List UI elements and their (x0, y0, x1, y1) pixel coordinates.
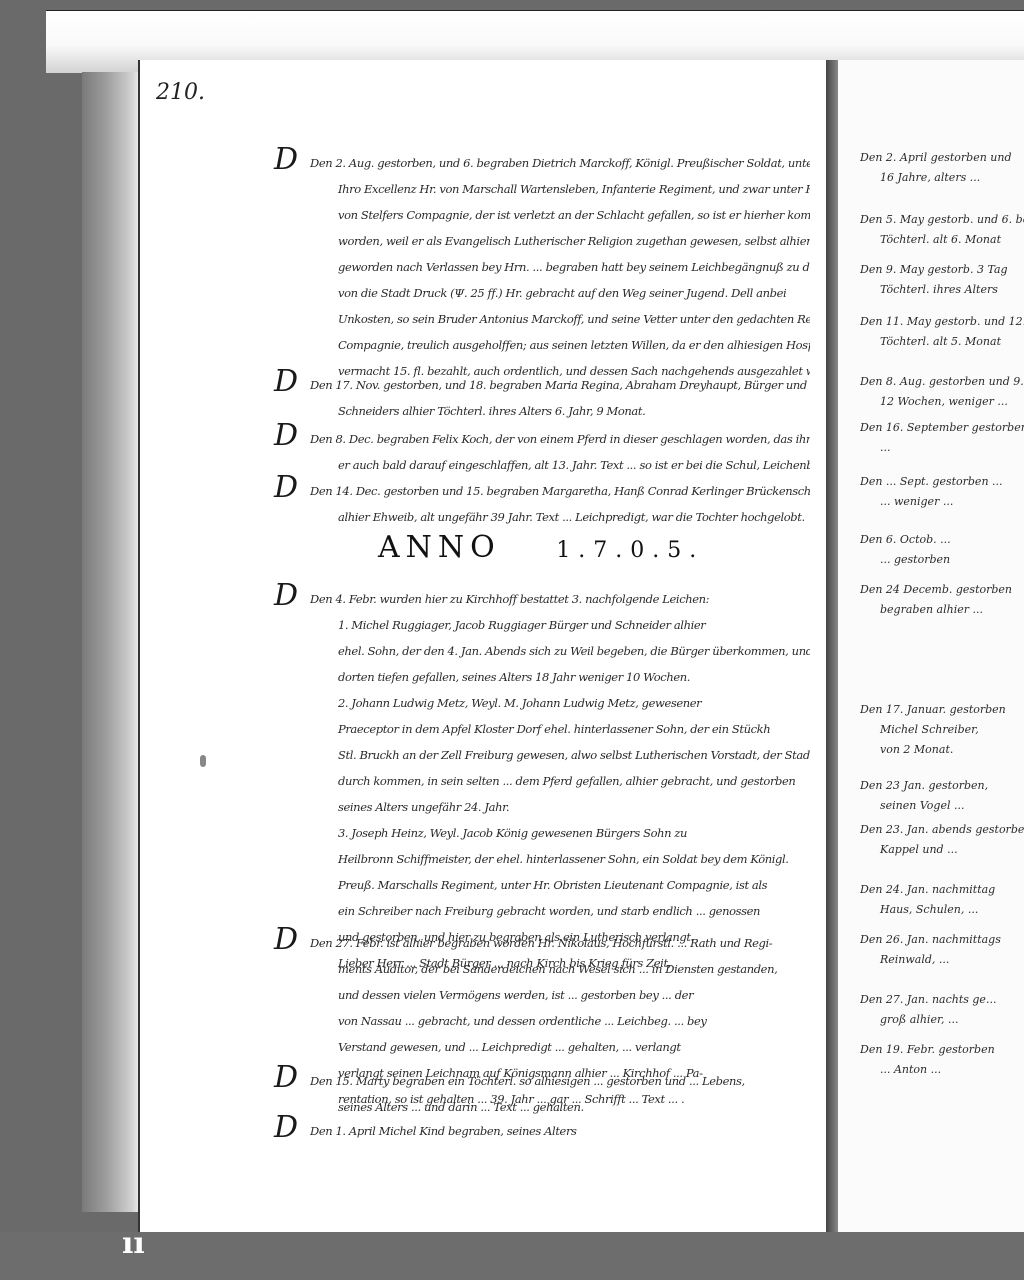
entry-line: Den 1. April Michel Kind begraben, seine… (310, 1118, 810, 1144)
year-heading: ANNO 1.7.0.5. (378, 530, 704, 565)
anno-year: 1.7.0.5. (556, 538, 704, 563)
right-register-entry: Den 27. Jan. nachts ge...groß alhier, ..… (860, 990, 1024, 1030)
entry-initial: D (274, 470, 298, 505)
right-register-entry: Den 16. September gestorben ...... (860, 418, 1024, 458)
entry-line: er auch bald darauf eingeschlaffen, alt … (310, 452, 810, 478)
entry-line: und dessen vielen Vermögens werden, ist … (310, 982, 810, 1008)
right-register-entry: Den 2. April gestorben und16 Jahre, alte… (860, 148, 1024, 188)
entry-line: seines Alters ungefähr 24. Jahr. (310, 794, 810, 820)
entry-line: Den 16. September gestorben ... (860, 418, 1024, 438)
entry-line: Haus, Schulen, ... (860, 900, 1024, 920)
ink-spot (200, 755, 206, 767)
entry-line: Den 9. May gestorb. 3 Tag (860, 260, 1024, 280)
entry-line: seinen Vogel ... (860, 796, 1024, 816)
entry-line: Töchterl. alt 6. Monat (860, 230, 1024, 250)
right-register-entry: Den 19. Febr. gestorben... Anton ... (860, 1040, 1024, 1080)
right-register-entry: Den ... Sept. gestorben ...... weniger .… (860, 472, 1024, 512)
entry-line: Den 14. Dec. gestorben und 15. begraben … (310, 478, 810, 504)
entry-line: Den 11. May gestorb. und 12. beg. (860, 312, 1024, 332)
entry-line: Heilbronn Schiffmeister, der ehel. hinte… (310, 846, 810, 872)
entry-initial: D (274, 922, 298, 957)
entry-line: Den 8. Dec. begraben Felix Koch, der von… (310, 426, 810, 452)
entry-line: Reinwald, ... (860, 950, 1024, 970)
scan-bottom-marks: ıı (122, 1226, 145, 1261)
entry-line: Praeceptor in dem Apfel Kloster Dorf ehe… (310, 716, 810, 742)
right-register-entry: Den 24. Jan. nachmittagHaus, Schulen, ..… (860, 880, 1024, 920)
entry-line: Den 19. Febr. gestorben (860, 1040, 1024, 1060)
entry-line: Den 5. May gestorb. und 6. beg. (860, 210, 1024, 230)
entry-line: Den 27. Febr. ist alhier begraben worden… (310, 930, 810, 956)
entry-line: von Stelfers Compagnie, der ist verletzt… (310, 202, 810, 228)
entry-line: Den 27. Jan. nachts ge... (860, 990, 1024, 1010)
entry-line: ein Schreiber nach Freiburg gebracht wor… (310, 898, 810, 924)
entry-line: Stl. Bruckh an der Zell Freiburg gewesen… (310, 742, 810, 768)
entry-line: 12 Wochen, weniger ... (860, 392, 1024, 412)
book-spine (826, 60, 838, 1260)
entry-line: Ihro Excellenz Hr. von Marschall Wartens… (310, 176, 810, 202)
right-register-entry: Den 5. May gestorb. und 6. beg.Töchterl.… (860, 210, 1024, 250)
right-register-entry: Den 24 Decemb. gestorbenbegraben alhier … (860, 580, 1024, 620)
entry-line: Den 17. Nov. gestorben, und 18. begraben… (310, 372, 810, 398)
book-binding-left (82, 72, 140, 1212)
entry-line: ... (860, 438, 1024, 458)
entry-line: alhier Ehweib, alt ungefähr 39 Jahr. Tex… (310, 504, 810, 530)
entry-line: Den 6. Octob. ... (860, 530, 1024, 550)
entry-initial: D (274, 1060, 298, 1095)
entry-line: Töchterl. alt 5. Monat (860, 332, 1024, 352)
entry-line: von die Stadt Druck (Ψ. 25 ff.) Hr. gebr… (310, 280, 810, 306)
entry-line: Den 23 Jan. gestorben, (860, 776, 1024, 796)
entry-line: Unkosten, so sein Bruder Antonius Marcko… (310, 306, 810, 332)
register-entry: DDen 15. Marty begraben ein Töchterl. so… (310, 1068, 810, 1120)
entry-initial: D (274, 578, 298, 613)
entry-line: dorten tiefen gefallen, seines Alters 18… (310, 664, 810, 690)
right-register-entry: Den 8. Aug. gestorben und 9.12 Wochen, w… (860, 372, 1024, 412)
entry-initial: D (274, 1110, 298, 1145)
register-entry: DDen 8. Dec. begraben Felix Koch, der vo… (310, 426, 810, 478)
right-register-entry: Den 26. Jan. nachmittagsReinwald, ... (860, 930, 1024, 970)
entry-line: 1. Michel Ruggiager, Jacob Ruggiager Bür… (310, 612, 810, 638)
entry-line: seines Alters ... und darin ... Text ...… (310, 1094, 810, 1120)
right-register-entry: Den 6. Octob. ...... gestorben (860, 530, 1024, 570)
entry-line: durch kommen, in sein selten ... dem Pfe… (310, 768, 810, 794)
scan-bottom-edge (0, 1232, 1024, 1280)
entry-line: groß alhier, ... (860, 1010, 1024, 1030)
register-entry: DDen 4. Febr. wurden hier zu Kirchhoff b… (310, 586, 810, 976)
entry-line: Den 15. Marty begraben ein Töchterl. so … (310, 1068, 810, 1094)
entry-line: Den 26. Jan. nachmittags (860, 930, 1024, 950)
entry-line: Töchterl. ihres Alters (860, 280, 1024, 300)
entry-line: 16 Jahre, alters ... (860, 168, 1024, 188)
register-entry: DDen 17. Nov. gestorben, und 18. begrabe… (310, 372, 810, 424)
entry-line: 3. Joseph Heinz, Weyl. Jacob König gewes… (310, 820, 810, 846)
right-register-entry: Den 11. May gestorb. und 12. beg.Töchter… (860, 312, 1024, 352)
entry-line: ... Anton ... (860, 1060, 1024, 1080)
entry-line: Kappel und ... (860, 840, 1024, 860)
entry-initial: D (274, 142, 298, 177)
register-entry: DDen 1. April Michel Kind begraben, sein… (310, 1118, 810, 1144)
entry-line: Den 24 Decemb. gestorben (860, 580, 1024, 600)
entry-line: Verstand gewesen, und ... Leichpredigt .… (310, 1034, 810, 1060)
entry-line: Den 4. Febr. wurden hier zu Kirchhoff be… (310, 586, 810, 612)
entry-line: Compagnie, treulich ausgeholffen; aus se… (310, 332, 810, 358)
entry-line: Den 23. Jan. abends gestorben (860, 820, 1024, 840)
right-register-entry: Den 17. Januar. gestorbenMichel Schreibe… (860, 700, 1024, 760)
entry-line: geworden nach Verlassen bey Hrn. ... beg… (310, 254, 810, 280)
entry-line: begraben alhier ... (860, 600, 1024, 620)
entry-line: Den 24. Jan. nachmittag (860, 880, 1024, 900)
entry-line: Den 8. Aug. gestorben und 9. (860, 372, 1024, 392)
entry-line: ... weniger ... (860, 492, 1024, 512)
entry-line: Michel Schreiber, (860, 720, 1024, 740)
right-register-entry: Den 9. May gestorb. 3 TagTöchterl. ihres… (860, 260, 1024, 300)
entry-line: ehel. Sohn, der den 4. Jan. Abends sich … (310, 638, 810, 664)
register-entry: DDen 2. Aug. gestorben, und 6. begraben … (310, 150, 810, 384)
entry-initial: D (274, 418, 298, 453)
entry-line: Den 17. Januar. gestorben (860, 700, 1024, 720)
entry-line: ... gestorben (860, 550, 1024, 570)
entry-initial: D (274, 364, 298, 399)
right-register-entry: Den 23. Jan. abends gestorbenKappel und … (860, 820, 1024, 860)
entry-line: Den 2. Aug. gestorben, und 6. begraben D… (310, 150, 810, 176)
entry-line: Preuß. Marschalls Regiment, unter Hr. Ob… (310, 872, 810, 898)
entry-line: von Nassau ... gebracht, und dessen orde… (310, 1008, 810, 1034)
entry-line: ments Auditor, der bei Sanderdeichen nac… (310, 956, 810, 982)
page-number: 210. (156, 80, 205, 105)
entry-line: Den ... Sept. gestorben ... (860, 472, 1024, 492)
anno-word: ANNO (378, 530, 501, 565)
entry-line: Den 2. April gestorben und (860, 148, 1024, 168)
entry-line: von 2 Monat. (860, 740, 1024, 760)
entry-line: worden, weil er als Evangelisch Lutheris… (310, 228, 810, 254)
register-entry: DDen 14. Dec. gestorben und 15. begraben… (310, 478, 810, 530)
entry-line: 2. Johann Ludwig Metz, Weyl. M. Johann L… (310, 690, 810, 716)
right-register-entry: Den 23 Jan. gestorben,seinen Vogel ... (860, 776, 1024, 816)
entry-line: Schneiders alhier Töchterl. ihres Alters… (310, 398, 810, 424)
